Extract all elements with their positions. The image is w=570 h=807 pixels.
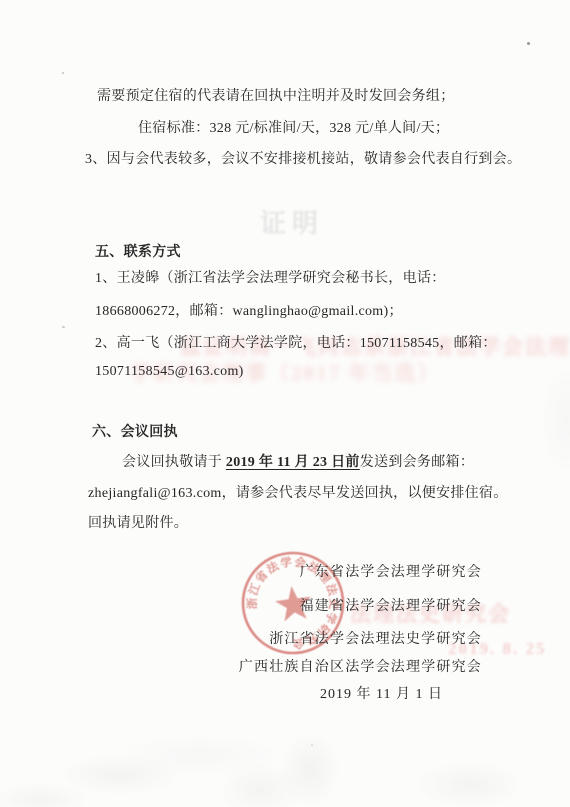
scan-speck <box>311 744 313 746</box>
reply-deadline-line: 会议回执敬请于 2019 年 11 月 23 日前发送到会务邮箱： <box>122 451 474 471</box>
scan-speck <box>62 326 65 328</box>
signature-org-1: 广东省法学会法理学研究会 <box>300 561 482 581</box>
scan-speck <box>527 42 530 45</box>
paragraph-hosting-note: 需要预定住宿的代表请在回执中注明并及时发回会务组； <box>97 85 455 105</box>
reply-prefix: 会议回执敬请于 <box>122 455 226 470</box>
reply-suffix: 发送到会务邮箱： <box>360 455 474 470</box>
reply-line3: 回执请见附件。 <box>88 512 188 532</box>
reply-line2: zhejiangfali@163.com，请参会代表尽早发送回执，以便安排住宿。 <box>88 482 508 502</box>
signature-org-4: 广西壮族自治区法学会法理学研究会 <box>239 656 482 676</box>
scan-speck <box>62 72 64 74</box>
section6-heading: 六、会议回执 <box>92 421 178 441</box>
contact2-line1: 2、高一飞（浙江工商大学法学院，电话：15071158545，邮箱： <box>95 332 497 352</box>
signature-org-3: 浙江省法学会法理法史学研究会 <box>269 628 482 648</box>
scanned-document-page: { "page": { "background": "#fcfcfb", "in… <box>0 0 570 807</box>
contact1-line2: 18668006272，邮箱：wanglinghao@gmail.com)； <box>95 300 403 320</box>
paragraph-hotel-rate: 住宿标准：328 元/标准间/天，328 元/单人间/天； <box>138 117 449 137</box>
contact2-line2: 15071158545@163.com) <box>95 364 244 380</box>
paragraph-item3: 3、因与会代表较多，会议不安排接机接站，敬请参会代表自行到会。 <box>85 148 521 168</box>
bleedthrough-watermark: 证明 <box>260 203 324 240</box>
page: 证明 兹证明高一飞同志系浙江省法学会法理 学研究会理事（2017 年当选） 法理… <box>0 0 570 807</box>
section5-heading: 五、联系方式 <box>95 241 181 261</box>
signature-date: 2019 年 11 月 1 日 <box>320 683 443 703</box>
contact1-line1: 1、王凌皞（浙江省法学会法理学研究会秘书长，电话： <box>95 267 446 287</box>
signature-org-2: 福建省法学会法理学研究会 <box>300 595 482 615</box>
reply-deadline: 2019 年 11 月 23 日前 <box>226 455 360 470</box>
